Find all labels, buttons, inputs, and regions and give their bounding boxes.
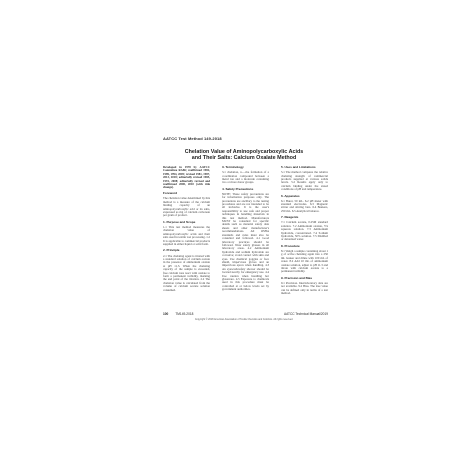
section-7-heading: 7. Reagents [281,216,328,220]
foreword-text: The chelation value determined by this m… [163,197,210,217]
footer-page-number: 100 [163,312,168,316]
title-line-2: and Their Salts: Calcium Oxalate Method [149,155,339,161]
method-header: AATCC Test Method 149-2018 [163,136,222,141]
section-9-heading: 9. Precision and Bias [281,277,328,281]
footer-left: 100 TM149-2018 [163,312,193,316]
section-3-heading: 3. Terminology [222,166,269,170]
section-8-text: 8.1 Weigh a sample containing about 1 g … [281,250,328,274]
section-1-heading: 1. Purpose and Scope [163,221,210,225]
section-3-text: 3.1 chelation, n.—the formation of a coo… [222,171,269,185]
section-5-text: 5.1 The method compares the relative che… [281,171,328,191]
section-4-heading: 4. Safety Precautions [222,188,269,192]
section-6-heading: 6. Apparatus [281,195,328,199]
section-4-text: NOTE: These safety precautions are for i… [222,193,269,292]
column-right: 5. Uses and Limitations 5.1 The method c… [281,166,328,297]
section-8-heading: 8. Procedure [281,245,328,249]
development-history: Developed in 1978 by AATCC Committee RA8… [163,166,210,190]
text-columns: Developed in 1978 by AATCC Committee RA8… [163,166,328,297]
section-5-heading: 5. Uses and Limitations [281,166,328,170]
page-title: Chelation Value of Aminopolycarboxylic A… [149,149,339,161]
section-1-text: 1.1 This test method measures the chelat… [163,226,210,246]
section-6-text: 6.1 Buret, 50 mL. 6.2 pH meter with stan… [281,200,328,214]
section-2-text: 2.1 The chelating agent is titrated with… [163,255,210,292]
section-2-heading: 2. Principle [163,249,210,253]
copyright-line: Copyright © 2018 American Association of… [149,318,339,321]
footer-method-id: TM149-2018 [175,312,193,316]
column-middle: 3. Terminology 3.1 chelation, n.—the for… [222,166,269,297]
footer-manual-label: AATCC Technical Manual/2019 [284,312,328,316]
section-9-text: 9.1 Precision. Interlaboratory data are … [281,282,328,296]
column-left: Developed in 1978 by AATCC Committee RA8… [163,166,210,297]
page-footer: 100 TM149-2018 AATCC Technical Manual/20… [163,312,328,316]
section-7-text: 7.1 Calcium acetate, 0.25M standard solu… [281,221,328,241]
document-page: AATCC Test Method 149-2018 Chelation Val… [0,0,458,458]
foreword-heading: Foreword [163,192,210,196]
